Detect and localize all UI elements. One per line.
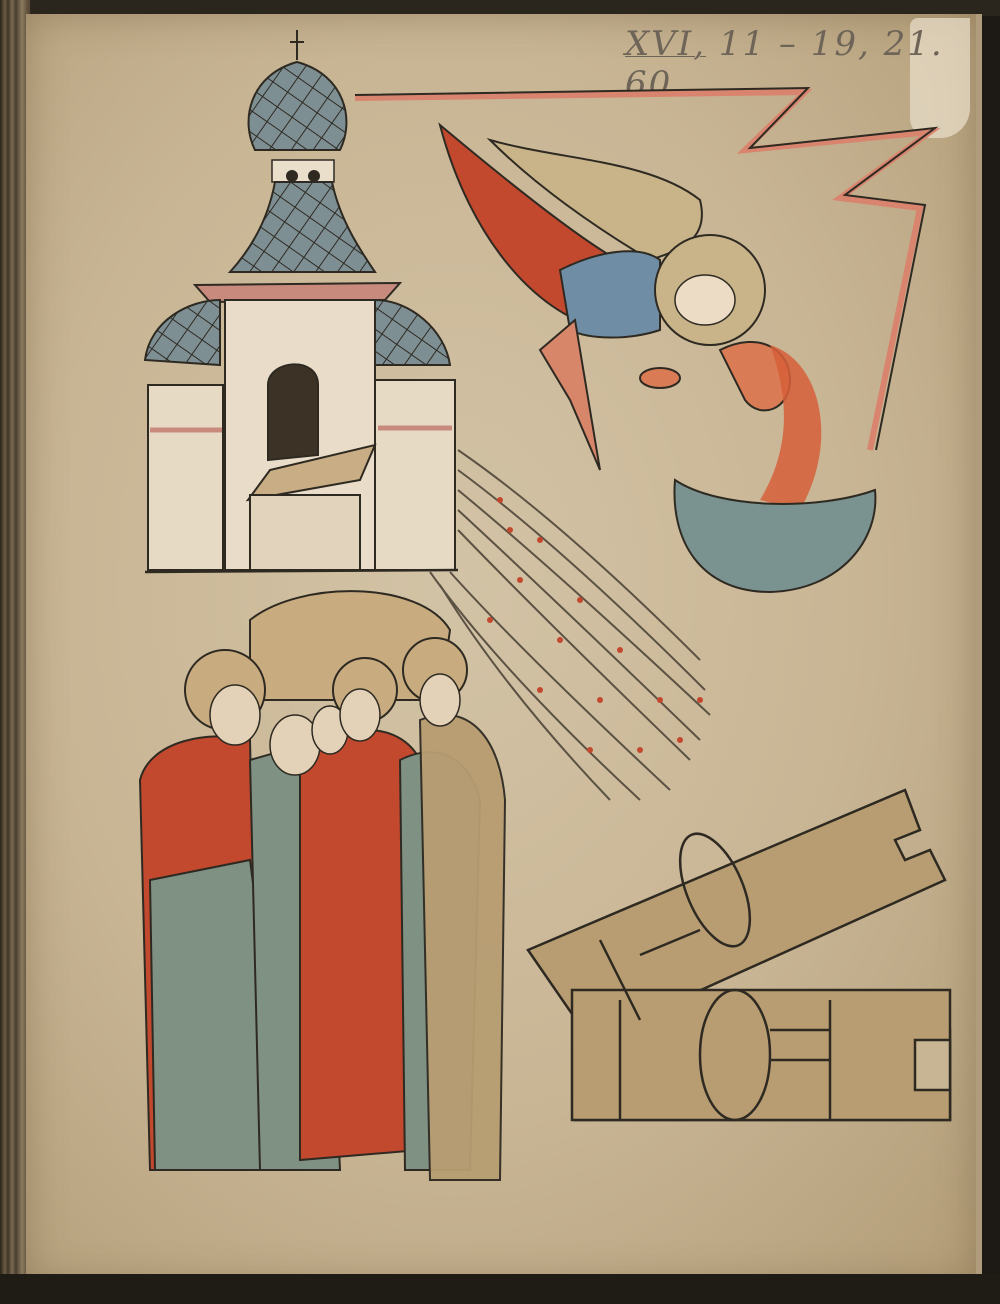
angel (440, 125, 821, 510)
illustration (0, 0, 1000, 1304)
open-tomb (528, 790, 950, 1120)
church (145, 30, 458, 572)
ray-dots (487, 497, 703, 753)
apostle-group (140, 591, 505, 1180)
